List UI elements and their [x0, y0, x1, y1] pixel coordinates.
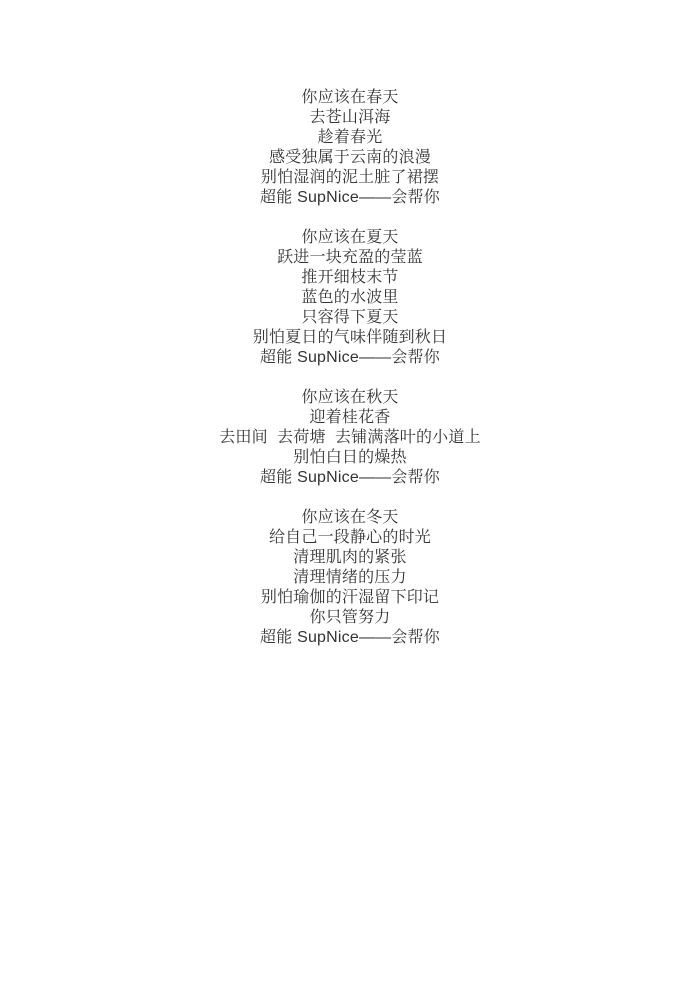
- poem-line: 推开细枝末节: [0, 268, 700, 288]
- poem-line: 你应该在秋天: [0, 388, 700, 408]
- poem-line-brand: 超能 SupNice——会帮你: [0, 628, 700, 648]
- poem-line: 你应该在春天: [0, 88, 700, 108]
- stanza-spring: 你应该在春天 去苍山洱海 趁着春光 感受独属于云南的浪漫 别怕湿润的泥土脏了裙摆…: [0, 88, 700, 208]
- poem-line: 你应该在夏天: [0, 228, 700, 248]
- poem-line: 只容得下夏天: [0, 308, 700, 328]
- poem-line: 你应该在冬天: [0, 508, 700, 528]
- poem-line: 去苍山洱海: [0, 108, 700, 128]
- poem-line-brand: 超能 SupNice——会帮你: [0, 188, 700, 208]
- document-page: 你应该在春天 去苍山洱海 趁着春光 感受独属于云南的浪漫 别怕湿润的泥土脏了裙摆…: [0, 0, 700, 990]
- poem-line: 去田间 去荷塘 去铺满落叶的小道上: [0, 428, 700, 448]
- poem-line-brand: 超能 SupNice——会帮你: [0, 348, 700, 368]
- stanza-winter: 你应该在冬天 给自己一段静心的时光 清理肌肉的紧张 清理情绪的压力 别怕瑜伽的汗…: [0, 508, 700, 648]
- poem-line: 迎着桂花香: [0, 408, 700, 428]
- stanza-summer: 你应该在夏天 跃进一块充盈的莹蓝 推开细枝末节 蓝色的水波里 只容得下夏天 别怕…: [0, 228, 700, 368]
- poem-line: 别怕夏日的气味伴随到秋日: [0, 328, 700, 348]
- poem-line: 跃进一块充盈的莹蓝: [0, 248, 700, 268]
- poem: 你应该在春天 去苍山洱海 趁着春光 感受独属于云南的浪漫 别怕湿润的泥土脏了裙摆…: [0, 88, 700, 648]
- poem-line-brand: 超能 SupNice——会帮你: [0, 468, 700, 488]
- poem-line: 别怕湿润的泥土脏了裙摆: [0, 168, 700, 188]
- poem-line: 蓝色的水波里: [0, 288, 700, 308]
- poem-line: 别怕瑜伽的汗湿留下印记: [0, 588, 700, 608]
- poem-line: 清理情绪的压力: [0, 568, 700, 588]
- poem-line: 趁着春光: [0, 128, 700, 148]
- poem-line: 别怕白日的燥热: [0, 448, 700, 468]
- poem-line: 感受独属于云南的浪漫: [0, 148, 700, 168]
- poem-line: 你只管努力: [0, 608, 700, 628]
- poem-line: 清理肌肉的紧张: [0, 548, 700, 568]
- poem-line: 给自己一段静心的时光: [0, 528, 700, 548]
- stanza-autumn: 你应该在秋天 迎着桂花香 去田间 去荷塘 去铺满落叶的小道上 别怕白日的燥热 超…: [0, 388, 700, 488]
